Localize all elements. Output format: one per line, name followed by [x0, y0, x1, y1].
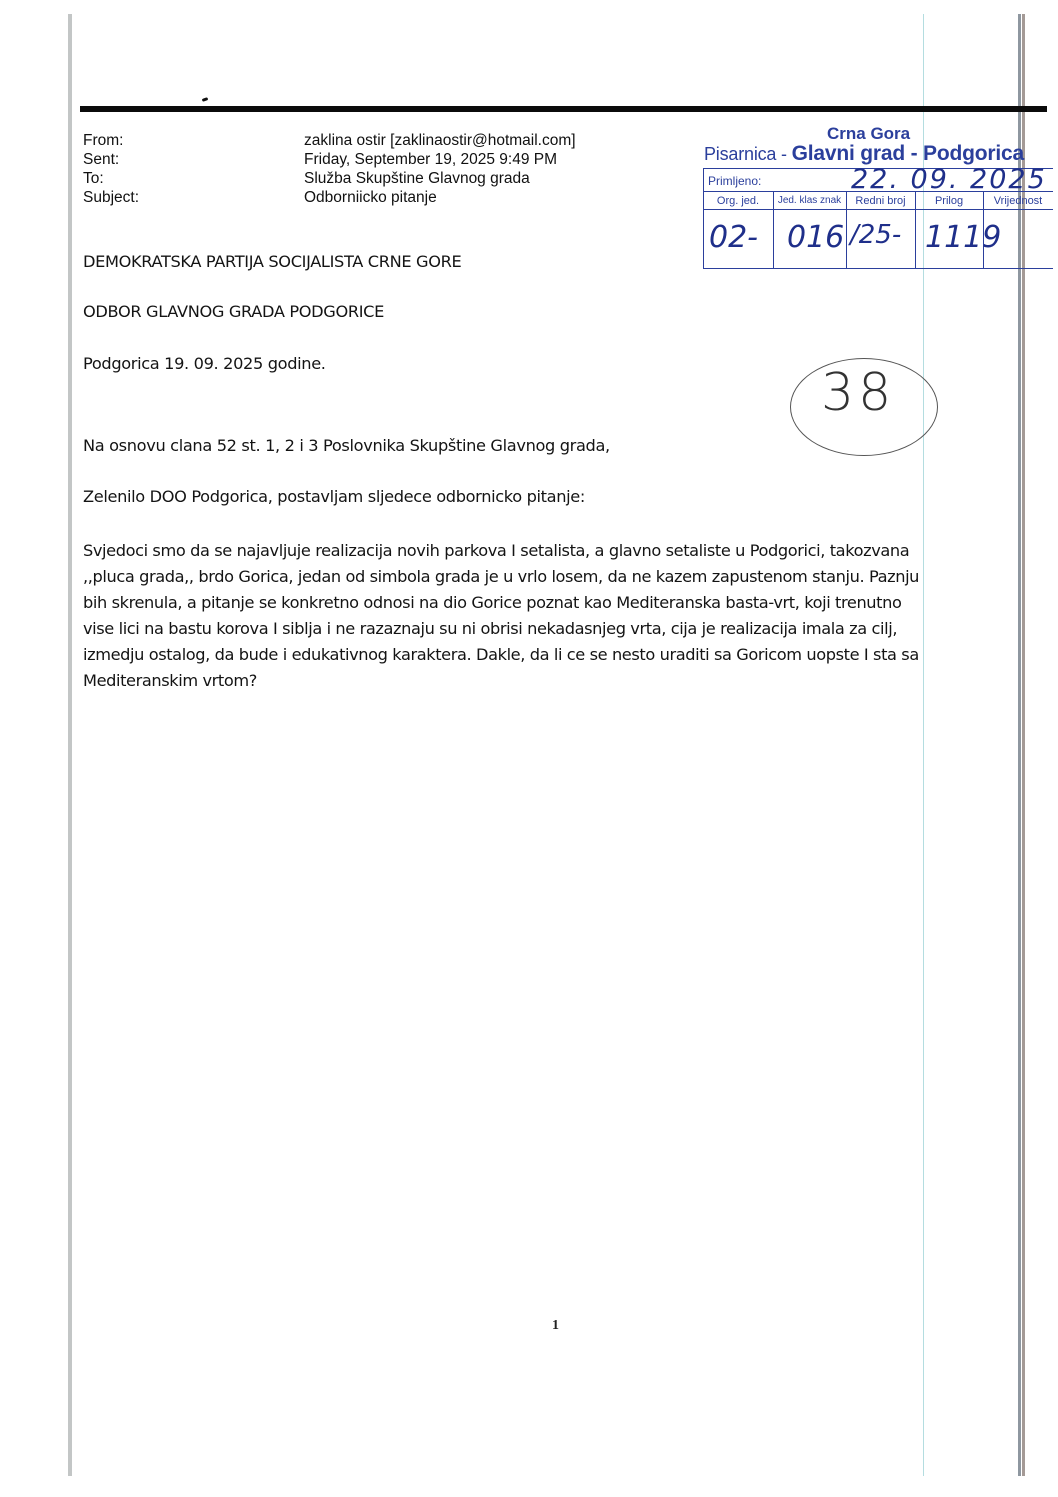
stamp-separator: - — [905, 142, 923, 165]
scan-edge-left — [68, 14, 72, 1476]
page-mark-number: 38 — [821, 363, 895, 423]
question-line: Svjedoci smo da se najavljuje realizacij… — [83, 538, 1013, 564]
to-value: Služba Skupštine Glavnog grada — [304, 169, 530, 188]
from-value: zaklina ostir [zaklinaostir@hotmail.com] — [304, 131, 576, 150]
stamp-col-number: Redni broj — [846, 195, 915, 207]
to-label: To: — [83, 169, 304, 188]
stamp-col-attachment: Prilog — [915, 195, 983, 207]
stamp-number-value: /25- — [850, 220, 901, 250]
party-name: DEMOKRATSKA PARTIJA SOCIJALISTA CRNE GOR… — [83, 252, 461, 271]
question-line: bih skrenula, a pitanje se konkretno odn… — [83, 590, 1013, 616]
stamp-office: Pisarnica — [704, 144, 776, 164]
sent-label: Sent: — [83, 150, 304, 169]
stamp-class-value: 016 — [787, 220, 844, 255]
email-header: From: zaklina ostir [zaklinaostir@hotmai… — [83, 131, 576, 207]
stamp-org-value: 02- — [709, 220, 758, 255]
stamp-title: Pisarnica - Glavni grad - Podgorica — [704, 142, 1024, 166]
subject-label: Subject: — [83, 188, 304, 207]
stamp-separator: - — [776, 144, 791, 164]
question-line: Mediteranskim vrtom? — [83, 668, 1013, 694]
stamp-col-class: Jed. klas znak — [773, 195, 846, 206]
stamp-col-value: Vrijednost — [983, 195, 1053, 207]
question-paragraph: Svjedoci smo da se najavljuje realizacij… — [83, 538, 1013, 694]
handwritten-page-mark: 38 — [790, 358, 938, 456]
to-row: To: Služba Skupštine Glavnog grada — [83, 169, 576, 188]
subject-row: Subject: Odborniicko pitanje — [83, 188, 576, 207]
sent-value: Friday, September 19, 2025 9:49 PM — [304, 150, 557, 169]
stamp-attachment-value: 1119 — [925, 220, 1001, 255]
question-line: izmedju ostalog, da bude i edukativnog k… — [83, 642, 1013, 668]
committee-name: ODBOR GLAVNOG GRADA PODGORICE — [83, 302, 384, 321]
from-row: From: zaklina ostir [zaklinaostir@hotmai… — [83, 131, 576, 150]
stamp-col-org: Org. jed. — [703, 195, 773, 207]
stamp-border — [703, 168, 704, 268]
page-number: 1 — [552, 1318, 559, 1334]
place-date: Podgorica 19. 09. 2025 godine. — [83, 354, 326, 373]
stamp-capital: Podgorica — [923, 142, 1024, 165]
from-label: From: — [83, 131, 304, 150]
stamp-border — [703, 268, 1053, 269]
scan-speck — [202, 97, 209, 102]
stamp-grid: Primljeno: 22. 09. 2025 Org. jed. Jed. k… — [703, 168, 1053, 268]
stamp-border — [703, 209, 1053, 210]
sent-row: Sent: Friday, September 19, 2025 9:49 PM — [83, 150, 576, 169]
question-line: vise lici na bastu korova I siblja i ne … — [83, 616, 1013, 642]
stamp-received-date: 22. 09. 2025 — [851, 164, 1047, 195]
stamp-country: Crna Gora — [827, 124, 910, 144]
addressee: Zelenilo DOO Podgorica, postavljam sljed… — [83, 487, 585, 506]
question-line: ,,pluca grada,, brdo Gorica, jedan od si… — [83, 564, 1013, 590]
legal-basis: Na osnovu clana 52 st. 1, 2 i 3 Poslovni… — [83, 436, 610, 455]
stamp-received-label: Primljeno: — [708, 174, 761, 188]
subject-value: Odborniicko pitanje — [304, 188, 437, 207]
header-rule — [80, 106, 1047, 112]
stamp-city: Glavni grad — [792, 142, 905, 165]
